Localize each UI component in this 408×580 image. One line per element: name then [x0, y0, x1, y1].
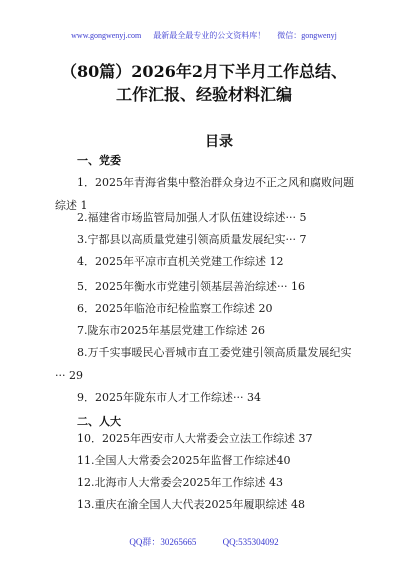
qq-text: QQ:535304092 — [223, 537, 279, 547]
toc-entry-5[interactable]: 5．2025年衡水市党建引领基层善治综述··· 16 — [77, 280, 305, 294]
qq-group-text: QQ群：30265665 — [129, 537, 196, 547]
toc-entry-6[interactable]: 6．2025年临沧市纪检监察工作综述 20 — [77, 302, 273, 316]
toc-entry-11[interactable]: 11.全国人大常委会2025年监督工作综述40 — [77, 454, 290, 468]
toc-entry-2[interactable]: 2.福建省市场监管局加强人才队伍建设综述··· 5 — [77, 211, 306, 225]
section-heading-party-committee: 一、党委 — [77, 152, 121, 168]
toc-entry-8-cont[interactable]: ··· 29 — [55, 369, 83, 383]
toc-entry-8[interactable]: 8.万千实事暖民心晋城市直工委党建引领高质量发展纪实 — [77, 346, 352, 360]
toc-entry-12[interactable]: 12.北海市人大常委会2025年工作综述 43 — [77, 476, 283, 490]
toc-entry-7[interactable]: 7.陇东市2025年基层党建工作综述 26 — [77, 324, 265, 338]
slogan-text: 最新最全最专业的公文资料库！ — [153, 31, 265, 40]
toc-entry-3[interactable]: 3.宁都县以高质量党建引领高质量发展纪实··· 7 — [77, 233, 306, 247]
toc-entry-13[interactable]: 13.重庆在渝全国人大代表2025年履职综述 48 — [77, 498, 305, 512]
section-heading-npc: 二、人大 — [77, 413, 121, 429]
toc-heading: 目录 — [0, 131, 408, 151]
toc-entry-9[interactable]: 9．2025年陇东市人才工作综述··· 34 — [77, 391, 261, 405]
title-line-2: 工作汇报、经验材料汇编 — [0, 83, 408, 106]
website-link[interactable]: www.gongwenyj.com — [71, 31, 141, 40]
toc-entry-10[interactable]: 10．2025年西安市人大常委会立法工作综述 37 — [77, 432, 312, 446]
wechat-text: 微信：gongwenyj — [277, 31, 337, 40]
title-line-1: （80篇）2026年2月下半月工作总结、 — [0, 60, 408, 83]
footer-contact: QQ群：30265665 QQ:535304092 — [0, 535, 408, 548]
toc-entry-4[interactable]: 4．2025年平凉市直机关党建工作综述 12 — [77, 255, 284, 269]
document-title: （80篇）2026年2月下半月工作总结、 工作汇报、经验材料汇编 — [0, 60, 408, 106]
header-banner: www.gongwenyj.com 最新最全最专业的公文资料库！ 微信：gong… — [0, 30, 408, 41]
toc-entry-1[interactable]: 1．2025年青海省集中整治群众身边不正之风和腐败问题 — [77, 176, 354, 190]
